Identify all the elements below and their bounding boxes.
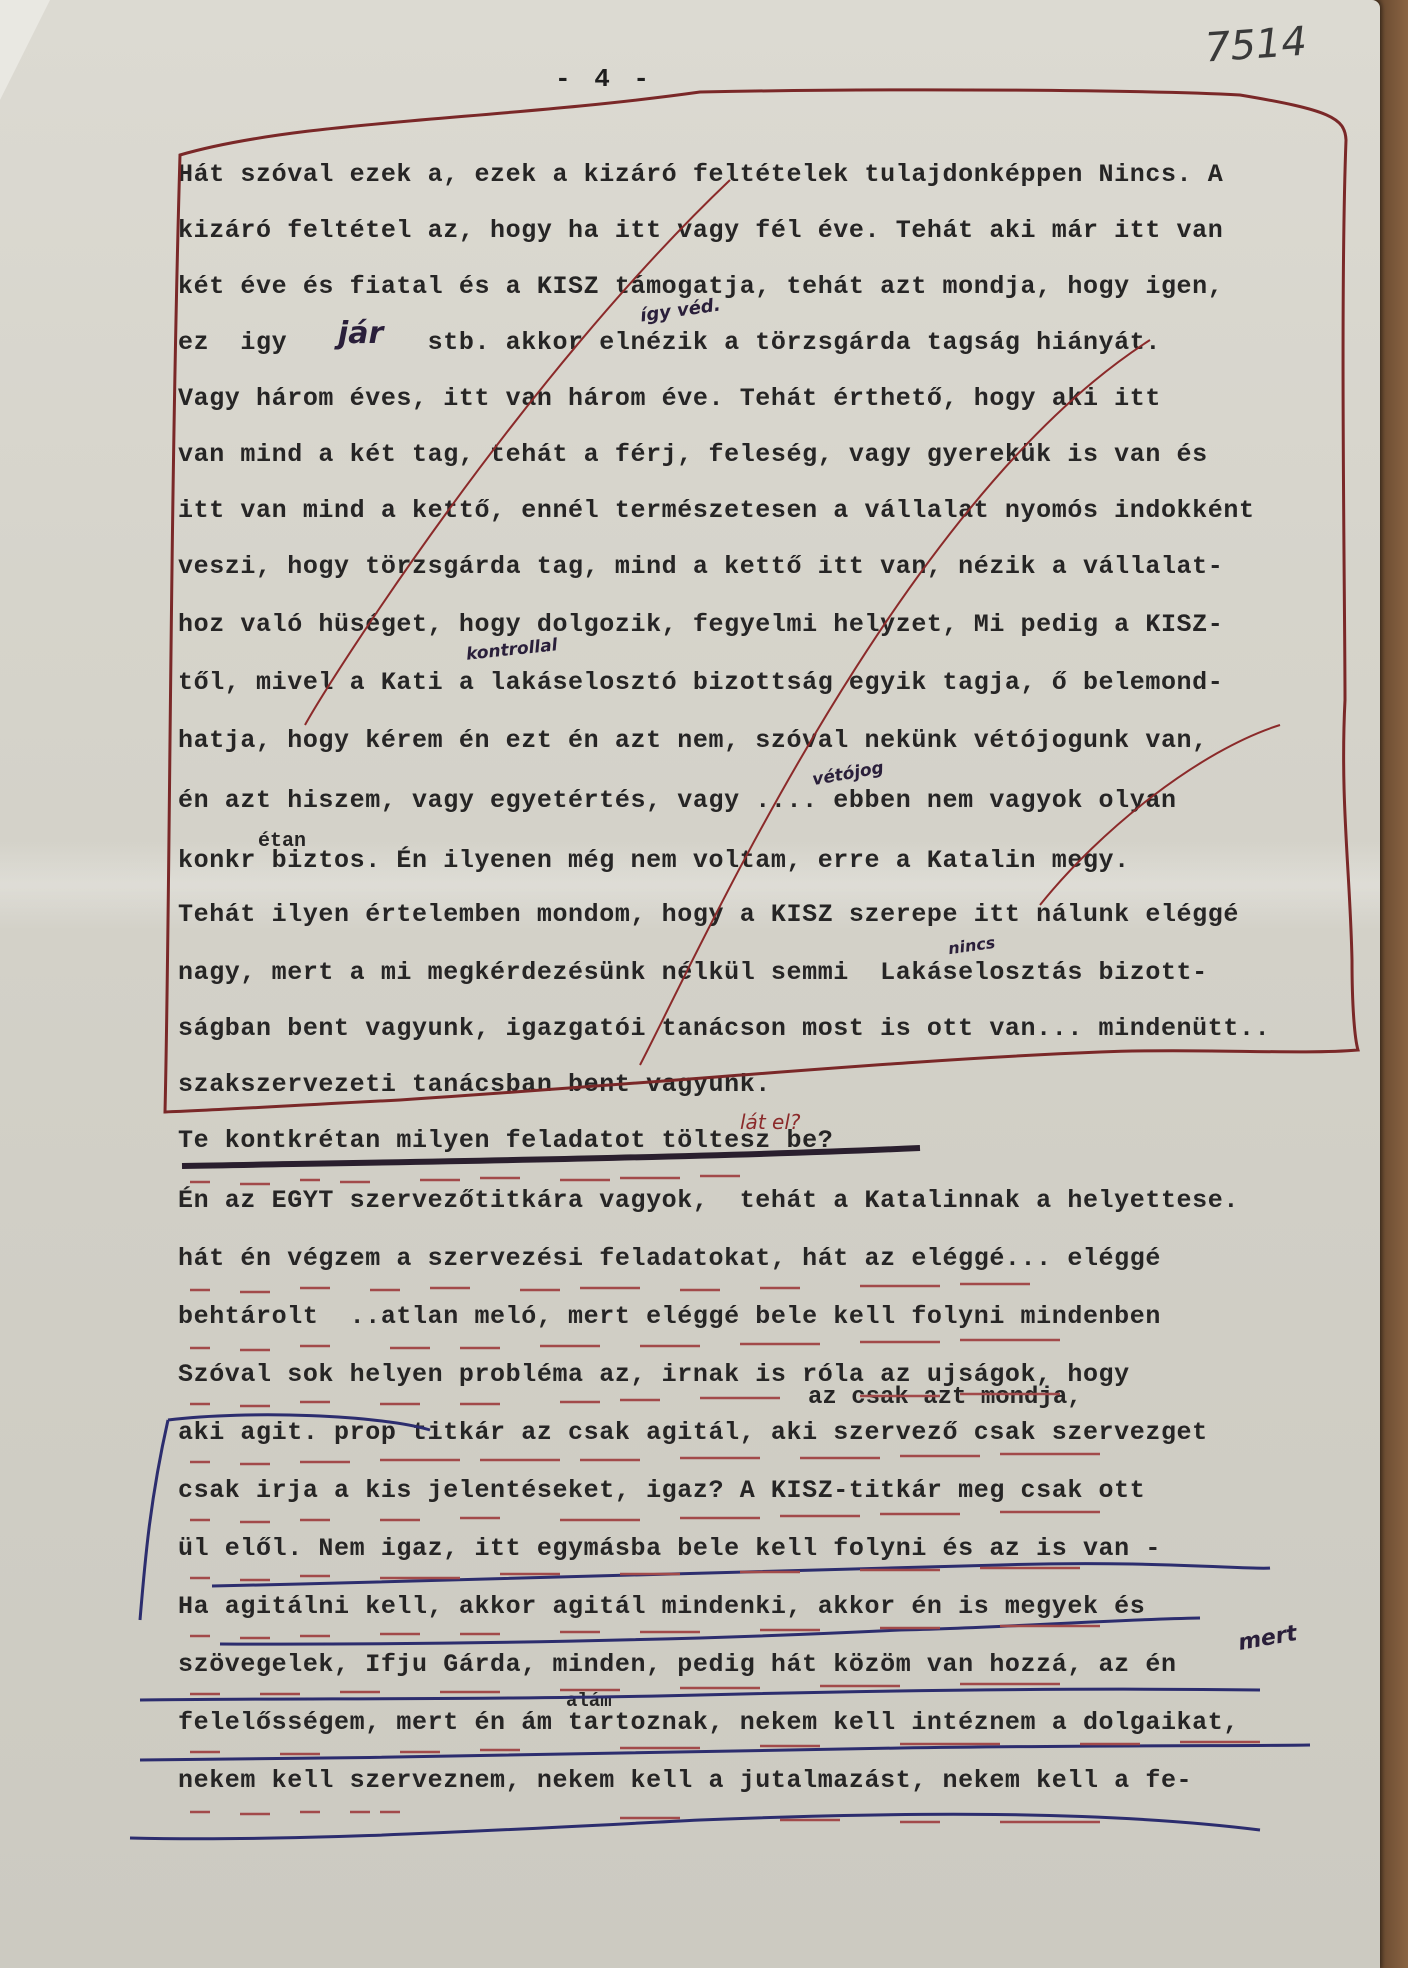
interviewer-question: Te kontkrétan milyen feladatot töltesz b… (178, 1126, 833, 1155)
handwritten-note-jar: jár (338, 316, 383, 351)
typed-line: Vagy három éves, itt van három éve. Tehá… (178, 384, 1161, 413)
page-number: - 4 - (555, 64, 653, 94)
typed-line: hát én végzem a szervezési feladatokat, … (178, 1244, 1161, 1273)
handwritten-note-kontrollal: kontrollal (465, 635, 558, 664)
typed-line: csak irja a kis jelentéseket, igaz? A KI… (178, 1476, 1145, 1505)
typed-line: Tehát ilyen értelemben mondom, hogy a KI… (178, 900, 1239, 929)
typed-line: ez igy stb. akkor elnézik a törzsgárda t… (178, 328, 1161, 357)
typed-line: van mind a két tag, tehát a férj, felesé… (178, 440, 1208, 469)
typed-line: veszi, hogy törzsgárda tag, mind a kettő… (178, 552, 1223, 581)
typed-line: felelősségem, mert én ám tartoznak, neke… (178, 1708, 1239, 1737)
typed-line: Ha agitálni kell, akkor agitál mindenki,… (178, 1592, 1145, 1621)
typed-line: hatja, hogy kérem én ezt én azt nem, szó… (178, 726, 1208, 755)
typed-line: behtárolt ..atlan meló, mert eléggé bele… (178, 1302, 1161, 1331)
blue-underline (140, 1745, 1310, 1760)
archive-number: 7514 (1204, 19, 1309, 72)
typed-line: Hát szóval ezek a, ezek a kizáró feltéte… (178, 160, 1223, 189)
typed-line: itt van mind a kettő, ennél természetese… (178, 496, 1255, 525)
blue-underline (130, 1814, 1260, 1839)
typed-line: ságban bent vagyunk, igazgatói tanácson … (178, 1014, 1270, 1043)
blue-underline (140, 1689, 1260, 1700)
typed-insert-etan: étan (258, 830, 306, 853)
typed-insert-az-csak: az csak azt mondja, (808, 1384, 1082, 1411)
folded-corner (0, 0, 50, 100)
typed-line: től, mivel a Kati a lakáselosztó bizotts… (178, 668, 1223, 697)
handwritten-note-nincs: nincs (947, 933, 996, 958)
blue-underline (212, 1564, 1270, 1586)
handwritten-note-mert: mert (1236, 1621, 1299, 1656)
typed-line: én azt hiszem, vagy egyetértés, vagy ...… (178, 786, 1177, 815)
typed-line: szövegelek, Ifju Gárda, minden, pedig há… (178, 1650, 1177, 1679)
typed-line: kizáró feltétel az, hogy ha itt vagy fél… (178, 216, 1223, 245)
blue-underline (220, 1618, 1200, 1644)
typed-line: konkr biztos. Én ilyenen még nem voltam,… (178, 846, 1130, 875)
typed-line: szakszervezeti tanácsban bent vagyunk. (178, 1070, 771, 1099)
typed-line: nekem kell szerveznem, nekem kell a juta… (178, 1766, 1192, 1795)
typed-line: hoz való hüséget, hogy dolgozik, fegyelm… (178, 610, 1223, 639)
typed-line: aki agit. prop titkár az csak agitál, ak… (178, 1418, 1208, 1447)
typed-line: Én az EGYT szervezőtitkára vagyok, tehát… (178, 1186, 1239, 1215)
typed-insert-alam: alám (566, 1690, 612, 1712)
typewritten-page: - 4 - 7514 Hát szóval ezek a, ezek a kiz… (0, 0, 1380, 1968)
typed-line: nagy, mert a mi megkérdezésünk nélkül se… (178, 958, 1208, 987)
typed-line: ül elől. Nem igaz, itt egymásba bele kel… (178, 1534, 1161, 1563)
handwritten-note-lat-el: lát el? (740, 1110, 801, 1134)
